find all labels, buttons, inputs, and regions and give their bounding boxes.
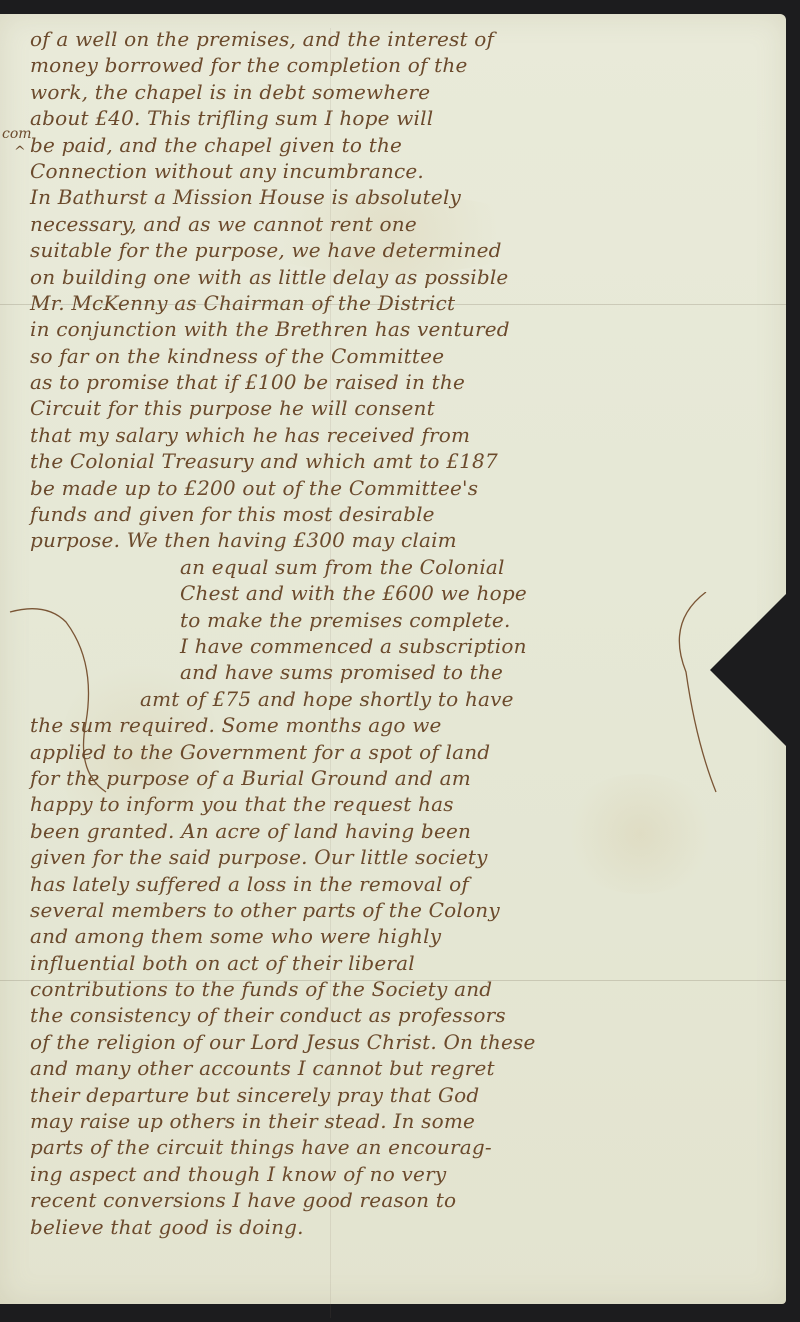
text-line: been granted. An acre of land having bee… (30, 818, 780, 844)
text-line: purpose. We then having £300 may claim (30, 527, 780, 553)
text-line: and many other accounts I cannot but reg… (30, 1055, 780, 1081)
text-line: about £40. This trifling sum I hope will (30, 105, 780, 131)
text-line: be made up to £200 out of the Committee'… (30, 475, 780, 501)
text-line: applied to the Government for a spot of … (30, 739, 780, 765)
text-line: In Bathurst a Mission House is absolutel… (30, 184, 780, 210)
text-line: and have sums promised to the (30, 659, 780, 685)
text-line: happy to inform you that the request has (30, 791, 780, 817)
text-line: their departure but sincerely pray that … (30, 1082, 780, 1108)
text-line: suitable for the purpose, we have determ… (30, 237, 780, 263)
margin-note: com (2, 126, 32, 142)
text-line: I have commenced a subscription (30, 633, 780, 659)
text-line: recent conversions I have good reason to (30, 1187, 780, 1213)
text-line: has lately suffered a loss in the remova… (30, 871, 780, 897)
text-line: on building one with as little delay as … (30, 264, 780, 290)
text-line: so far on the kindness of the Committee (30, 343, 780, 369)
text-line: work, the chapel is in debt somewhere (30, 79, 780, 105)
text-line: that my salary which he has received fro… (30, 422, 780, 448)
text-line: the Colonial Treasury and which amt to £… (30, 448, 780, 474)
text-line: parts of the circuit things have an enco… (30, 1134, 780, 1160)
text-line: given for the said purpose. Our little s… (30, 844, 780, 870)
text-line: may raise up others in their stead. In s… (30, 1108, 780, 1134)
text-line: amt of £75 and hope shortly to have (30, 686, 780, 712)
margin-caret: ^ (14, 144, 26, 160)
text-line: be paid, and the chapel given to the (30, 132, 780, 158)
text-line: Connection without any incumbrance. (30, 158, 780, 184)
text-line: ing aspect and though I know of no very (30, 1161, 780, 1187)
text-line: as to promise that if £100 be raised in … (30, 369, 780, 395)
letter-body: of a well on the premises, and the inter… (30, 26, 780, 1240)
text-line: Chest and with the £600 we hope (30, 580, 780, 606)
text-line: necessary, and as we cannot rent one (30, 211, 780, 237)
text-line: Mr. McKenny as Chairman of the District (30, 290, 780, 316)
text-line: funds and given for this most desirable (30, 501, 780, 527)
text-line: of a well on the premises, and the inter… (30, 26, 780, 52)
text-line: several members to other parts of the Co… (30, 897, 780, 923)
text-line: to make the premises complete. (30, 607, 780, 633)
text-line: influential both on act of their liberal (30, 950, 780, 976)
text-line: the consistency of their conduct as prof… (30, 1002, 780, 1028)
text-line: the sum required. Some months ago we (30, 712, 780, 738)
text-line: for the purpose of a Burial Ground and a… (30, 765, 780, 791)
text-line: in conjunction with the Brethren has ven… (30, 316, 780, 342)
text-line: money borrowed for the completion of the (30, 52, 780, 78)
text-line: believe that good is doing. (30, 1214, 780, 1240)
text-line: an equal sum from the Colonial (30, 554, 780, 580)
text-line: and among them some who were highly (30, 923, 780, 949)
text-line: Circuit for this purpose he will consent (30, 395, 780, 421)
text-line: contributions to the funds of the Societ… (30, 976, 780, 1002)
text-line: of the religion of our Lord Jesus Christ… (30, 1029, 780, 1055)
